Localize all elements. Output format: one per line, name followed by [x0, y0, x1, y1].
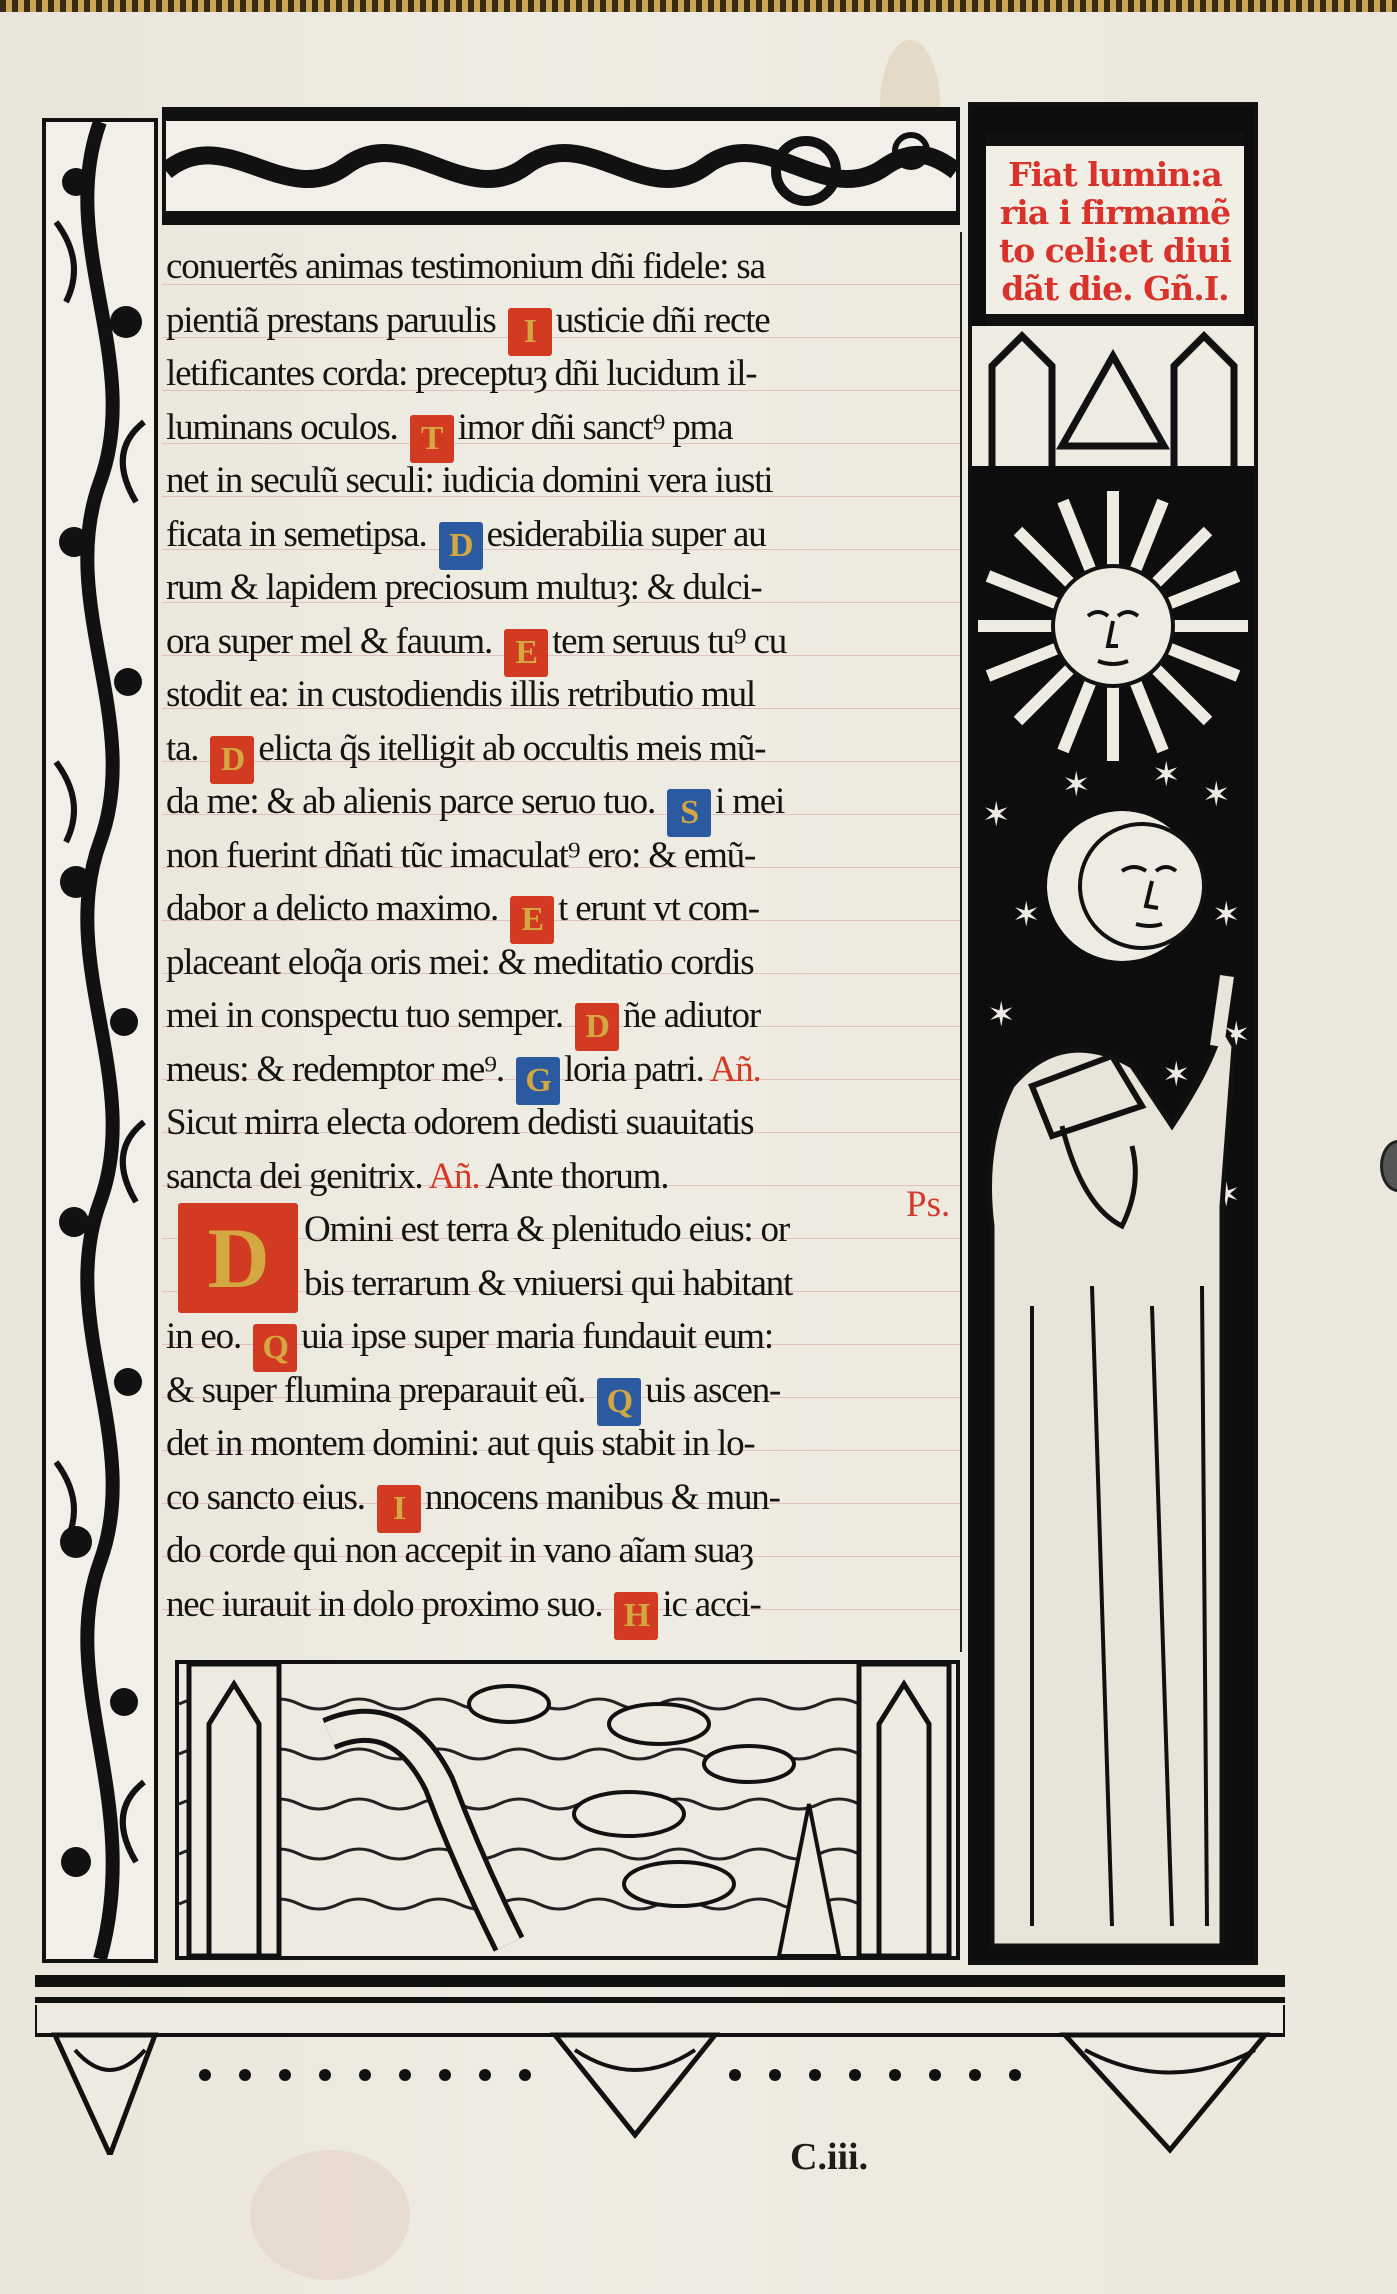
- text-span: tem seruus tu⁹ cu: [552, 621, 786, 662]
- svg-text:✶: ✶: [1202, 775, 1231, 815]
- sea-monster-icon: [179, 1664, 956, 1956]
- text-span: conuertẽs animas testimonium dñi fidele:…: [166, 246, 765, 287]
- text-span: det in montem domini: aut quis stabit in…: [166, 1423, 755, 1464]
- left-foliate-border: [42, 118, 158, 1963]
- text-span: sancta dei genitrix.: [166, 1156, 429, 1197]
- text-span: rum & lapidem preciosum multuȝ: & dulci-: [166, 567, 762, 608]
- text-line: da me: & ab alienis parce seruo tuo. Si …: [166, 775, 956, 828]
- illuminated-initial: H: [614, 1592, 658, 1640]
- text-span: Omini est terra & plenitudo eius: or: [304, 1209, 789, 1250]
- binding-edge: [0, 0, 1397, 12]
- text-line: bis terrarum & vniuersi qui habitant: [166, 1257, 956, 1310]
- top-foliate-band: [162, 107, 960, 225]
- text-span: net in seculũ seculi: iudicia domini ver…: [166, 460, 772, 501]
- text-span: elicta q̃s itelligit ab occultis meis mũ…: [258, 728, 765, 769]
- svg-text:✶: ✶: [1212, 895, 1241, 935]
- text-line: ta. Delicta q̃s itelligit ab occultis me…: [166, 722, 956, 775]
- text-span: Ante thorum.: [479, 1156, 668, 1197]
- text-span: nnocens manibus & mun-: [425, 1477, 780, 1518]
- text-line: luminans oculos. Timor dñi sanct⁹ pma: [166, 401, 956, 454]
- text-span: da me: & ab alienis parce seruo tuo.: [166, 781, 663, 822]
- text-line: rum & lapidem preciosum multuȝ: & dulci-: [166, 561, 956, 614]
- rubric-antiphon: Añ.: [429, 1156, 480, 1197]
- clasp-pin: [1380, 1140, 1397, 1192]
- svg-text:✶: ✶: [1162, 1055, 1191, 1095]
- king-figure-icon: [990, 976, 1235, 1946]
- text-line: letificantes corda: preceptuȝ dñi lucidu…: [166, 347, 956, 400]
- text-line: ora super mel & fauum. Etem seruus tu⁹ c…: [166, 615, 956, 668]
- text-span: i mei: [715, 781, 784, 822]
- text-span: meus: & redemptor me⁹.: [166, 1049, 512, 1090]
- svg-text:✶: ✶: [1152, 755, 1181, 795]
- text-span: ñe adiutor: [623, 995, 760, 1036]
- text-line: det in montem domini: aut quis stabit in…: [166, 1417, 956, 1470]
- text-span: imor dñi sanct⁹ pma: [458, 407, 733, 448]
- text-span: pientiã prestans paruulis: [166, 300, 504, 341]
- text-span: ora super mel & fauum.: [166, 621, 500, 662]
- cornice-ornament-icon: [35, 1975, 1285, 2155]
- text-span: loria patri.: [564, 1049, 710, 1090]
- svg-text:✶: ✶: [982, 795, 1011, 835]
- sun-icon: [978, 491, 1248, 761]
- text-span: stodit ea: in custodiendis illis retribu…: [166, 674, 755, 715]
- svg-text:✶: ✶: [987, 995, 1016, 1035]
- text-span: in eo.: [166, 1316, 249, 1357]
- caption-line: ria i firmamẽ: [986, 194, 1244, 232]
- text-line: dabor a delicto maximo. Et erunt vt com-: [166, 882, 956, 935]
- text-span: uia ipse super maria fundauit eum:: [301, 1316, 773, 1357]
- svg-text:✶: ✶: [1062, 765, 1091, 805]
- king-david-woodcut-icon: ✶✶✶ ✶✶✶ ✶✶✶ ✶✶✶: [972, 326, 1254, 1965]
- main-text-column: conuertẽs animas testimonium dñi fidele:…: [162, 232, 962, 1652]
- moon-icon: [1047, 811, 1204, 961]
- text-line: sancta dei genitrix. Añ. Ante thorum.: [166, 1150, 956, 1203]
- text-line: ficata in semetipsa. Desiderabilia super…: [166, 508, 956, 561]
- text-span: do corde qui non accepit in vano aĩam su…: [166, 1530, 753, 1571]
- caption-line: to celi:et diui: [986, 232, 1244, 270]
- text-line: mei in conspectu tuo semper. Dñe adiutor: [166, 989, 956, 1042]
- text-line: Sicut mirra electa odorem dedisti suauit…: [166, 1096, 956, 1149]
- text-span: mei in conspectu tuo semper.: [166, 995, 571, 1036]
- text-span: letificantes corda: preceptuȝ dñi lucidu…: [166, 353, 756, 394]
- text-span: Sicut mirra electa odorem dedisti suauit…: [166, 1102, 753, 1143]
- text-line: net in seculũ seculi: iudicia domini ver…: [166, 454, 956, 507]
- vine-ornament-icon: [46, 122, 154, 1959]
- text-span: t erunt vt com-: [558, 888, 759, 929]
- text-span: ic acci-: [662, 1584, 760, 1625]
- text-line: stodit ea: in custodiendis illis retribu…: [166, 668, 956, 721]
- caption-line: Fiat lumin:a: [986, 156, 1244, 194]
- text-span: esiderabilia super au: [487, 514, 766, 555]
- rubric-antiphon: Añ.: [710, 1049, 761, 1090]
- text-line: DOmini est terra & plenitudo eius: or: [166, 1203, 956, 1256]
- text-span: non fuerint dñati tũc imaculat⁹ ero: & e…: [166, 835, 755, 876]
- text-span: ta.: [166, 728, 206, 769]
- gothic-cornice: [35, 1975, 1285, 2155]
- text-line: pientiã prestans paruulis Iusticie dñi r…: [166, 294, 956, 347]
- text-line: nec iurauit in dolo proximo suo. Hic acc…: [166, 1578, 956, 1631]
- text-span: co sancto eius.: [166, 1477, 373, 1518]
- text-span: nec iurauit in dolo proximo suo.: [166, 1584, 610, 1625]
- text-line: co sancto eius. Innocens manibus & mun-: [166, 1471, 956, 1524]
- text-span: usticie dñi recte: [556, 300, 770, 341]
- manuscript-page: conuertẽs animas testimonium dñi fidele:…: [0, 0, 1397, 2294]
- text-line: placeant eloq̃a oris mei: & meditatio co…: [166, 936, 956, 989]
- right-woodcut-column: Fiat lumin:a ria i firmamẽ to celi:et di…: [968, 102, 1258, 1965]
- text-line: do corde qui non accepit in vano aĩam su…: [166, 1524, 956, 1577]
- text-span: placeant eloq̃a oris mei: & meditatio co…: [166, 942, 753, 983]
- margin-rubric-ps: Ps.: [906, 1183, 950, 1226]
- svg-text:✶: ✶: [1012, 895, 1041, 935]
- text-span: bis terrarum & vniuersi qui habitant: [304, 1263, 792, 1304]
- text-span: dabor a delicto maximo.: [166, 888, 506, 929]
- caption-scroll: Fiat lumin:a ria i firmamẽ to celi:et di…: [986, 132, 1244, 328]
- paper-stain: [250, 2150, 410, 2280]
- text-line: in eo. Quia ipse super maria fundauit eu…: [166, 1310, 956, 1363]
- caption-line: dãt die. Gñ.I.: [986, 270, 1244, 308]
- dragon-scroll-ornament-icon: [166, 111, 956, 221]
- text-line: conuertẽs animas testimonium dñi fidele:…: [166, 240, 956, 293]
- folio-signature: C.iii.: [790, 2135, 868, 2179]
- text-line: non fuerint dñati tũc imaculat⁹ ero: & e…: [166, 829, 956, 882]
- sea-monster-woodcut: [175, 1660, 960, 1960]
- text-line: & super flumina preparauit eũ. Quis asce…: [166, 1364, 956, 1417]
- text-span: & super flumina preparauit eũ.: [166, 1370, 593, 1411]
- text-span: uis ascen-: [645, 1370, 780, 1411]
- text-line: meus: & redemptor me⁹. Gloria patri. Añ.: [166, 1043, 956, 1096]
- text-span: luminans oculos.: [166, 407, 406, 448]
- text-span: ficata in semetipsa.: [166, 514, 435, 555]
